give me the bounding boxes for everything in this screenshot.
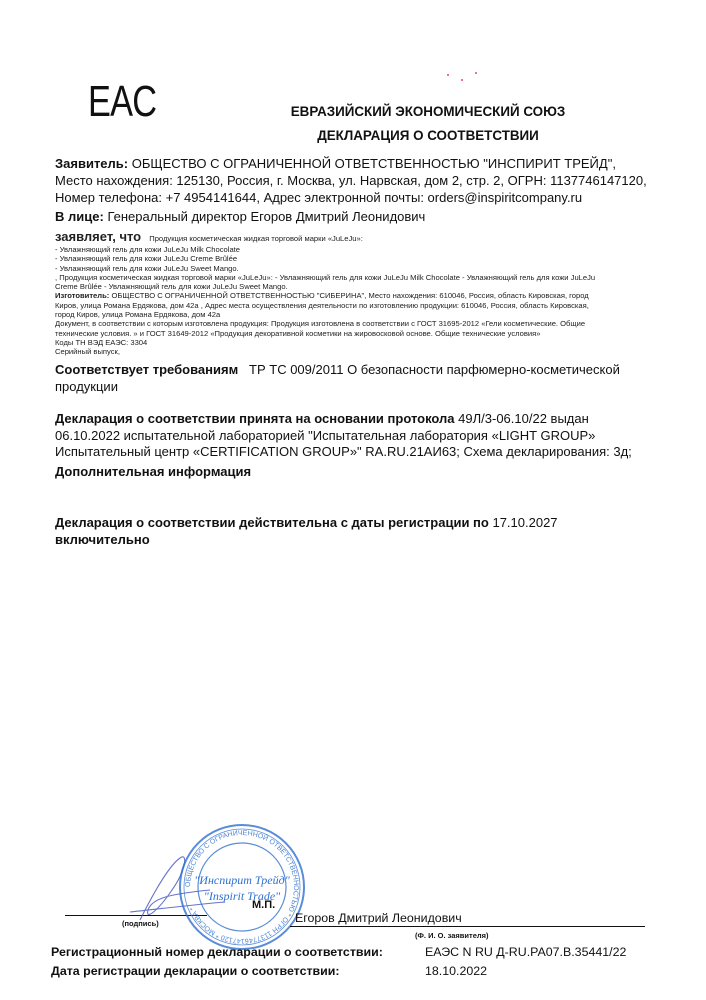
declares-intro: Продукция косметическая жидкая торговой … — [149, 234, 363, 243]
validity-date: 17.10.2027 — [492, 515, 557, 530]
document-line: Документ, в соответствии с которым изгот… — [55, 319, 675, 328]
batch-type: Серийный выпуск, — [55, 347, 675, 356]
registration-date-label: Дата регистрации декларации о соответств… — [51, 964, 340, 978]
registration-number-value: ЕАЭС N RU Д-RU.PA07.B.35441/22 — [425, 945, 626, 959]
declares-label: заявляет, что — [55, 229, 141, 244]
basis-section: Декларация о соответствии принята на осн… — [55, 411, 665, 480]
signer-caption: (Ф. И. О. заявителя) — [415, 931, 489, 940]
applicant-line: Заявитель: ОБЩЕСТВО С ОГРАНИЧЕННОЙ ОТВЕТ… — [55, 155, 616, 172]
manufacturer-line: город Киров, улица Романа Ердякова, дом … — [55, 310, 675, 319]
signer-line — [290, 926, 645, 927]
basis-line: Испытательный центр «CERTIFICATION GROUP… — [55, 444, 665, 461]
scan-speck — [475, 72, 477, 74]
document-title: ДЕКЛАРАЦИЯ О СООТВЕТСТВИИ — [0, 128, 706, 143]
protocol-number: 49Л/3-06.10/22 выдан — [458, 411, 589, 426]
seal-caption: М.П. — [252, 899, 275, 911]
represented-by-value: Генеральный директор Егоров Дмитрий Леон… — [107, 209, 425, 224]
scan-speck — [461, 79, 463, 81]
validity-suffix: включительно — [55, 532, 150, 547]
stamp-name-ru: "Инспирит Трейд" — [194, 873, 290, 887]
conformity-label: Соответствует требованиям — [55, 362, 238, 377]
basis-label: Декларация о соответствии принята на осн… — [55, 411, 455, 426]
applicant-address: Место нахождения: 125130, Россия, г. Мос… — [55, 172, 647, 189]
represented-by-line: В лице: Генеральный директор Егоров Дмит… — [55, 208, 425, 225]
scan-speck — [447, 74, 449, 76]
manufacturer-line: Изготовитель: ОБЩЕСТВО С ОГРАНИЧЕННОЙ ОТ… — [55, 291, 675, 300]
validity-label: Декларация о соответствии действительна … — [55, 515, 489, 530]
document-line: технические условия. » и ГОСТ 31649-2012… — [55, 329, 675, 338]
registration-number-label: Регистрационный номер декларации о соотв… — [51, 945, 383, 959]
product-line: Creme Brûlée - Увлажняющий гель для кожи… — [55, 282, 675, 291]
additional-info-label: Дополнительная информация — [55, 464, 251, 479]
applicant-contacts: Номер телефона: +7 4954141644, Адрес эле… — [55, 189, 582, 206]
tn-ved-codes: Коды ТН ВЭД ЕАЭС: 3304 — [55, 338, 675, 347]
validity-section: Декларация о соответствии действительна … — [55, 515, 665, 548]
signer-name: Егоров Дмитрий Леонидович — [295, 911, 462, 925]
product-line: - Увлажняющий гель для кожи JuLeJu Milk … — [55, 245, 675, 254]
basis-line: 06.10.2022 испытательной лабораторией "И… — [55, 428, 665, 445]
union-title: ЕВРАЗИЙСКИЙ ЭКОНОМИЧЕСКИЙ СОЮЗ — [0, 104, 706, 119]
registration-date-value: 18.10.2022 — [425, 964, 487, 978]
manufacturer-label: Изготовитель: — [55, 291, 109, 300]
applicant-label: Заявитель: — [55, 156, 128, 171]
product-line: , Продукция косметическая жидкая торгово… — [55, 273, 675, 282]
conformity-value: ТР ТС 009/2011 О безопасности парфюмерно… — [249, 362, 620, 377]
manufacturer-value: ОБЩЕСТВО С ОГРАНИЧЕННОЙ ОТВЕТСТВЕННОСТЬЮ… — [111, 291, 588, 300]
applicant-name: ОБЩЕСТВО С ОГРАНИЧЕННОЙ ОТВЕТСТВЕННОСТЬЮ… — [132, 156, 616, 171]
declares-block: заявляет, что Продукция косметическая жи… — [55, 230, 675, 357]
manufacturer-line: Киров, улица Романа Ердякова, дом 42а , … — [55, 301, 675, 310]
company-stamp: ОБЩЕСТВО С ОГРАНИЧЕННОЙ ОТВЕТСТВЕННОСТЬЮ… — [177, 822, 307, 952]
product-line: - Увлажняющий гель для кожи JuLeJu Sweet… — [55, 264, 675, 273]
conformity-section: Соответствует требованиям ТР ТС 009/2011… — [55, 362, 665, 395]
represented-by-label: В лице: — [55, 209, 104, 224]
product-line: - Увлажняющий гель для кожи JuLeJu Creme… — [55, 254, 675, 263]
conformity-value-cont: продукции — [55, 379, 665, 396]
